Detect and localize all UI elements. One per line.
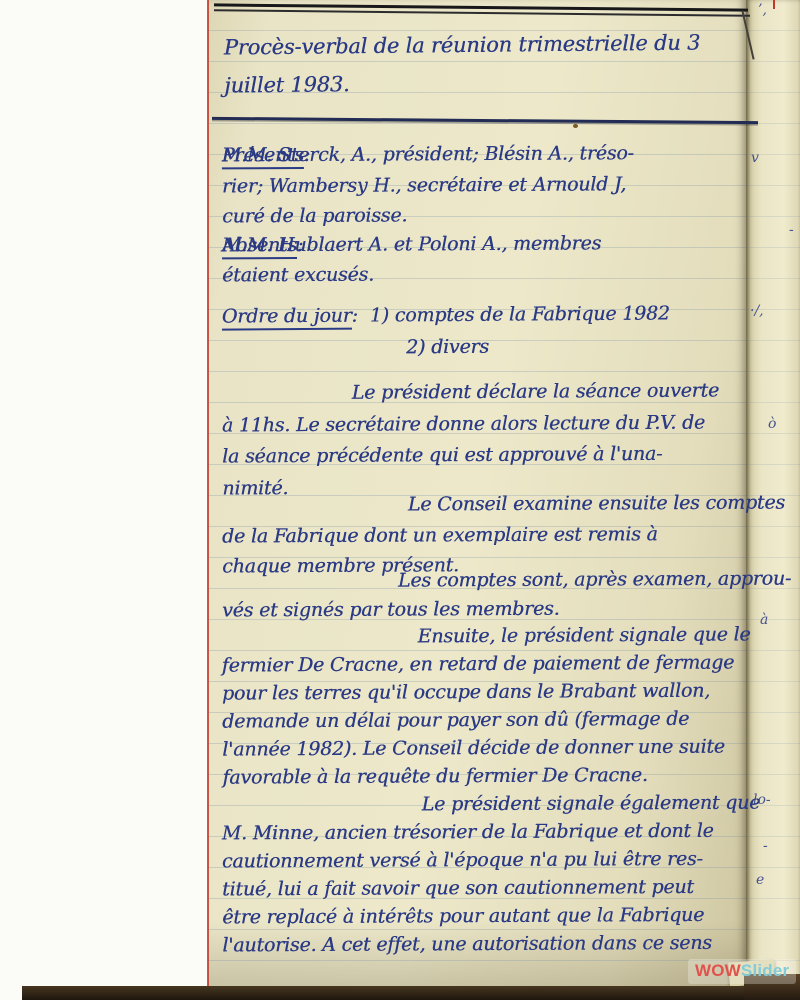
handwritten-line: à 11hs. Le secrétaire donne alors lectur… — [222, 407, 719, 442]
ink-bleed-mark: à — [760, 612, 768, 628]
agenda-label: Ordre du jour — [222, 305, 352, 331]
handwritten-line: M. Minne, ancien trésorier de la Fabriqu… — [222, 817, 761, 848]
colon: : — [297, 234, 303, 256]
minutes-paragraph-1: Le président déclare la séance ouverteà … — [222, 375, 720, 504]
handwritten-line: curé de la paroisse. — [222, 199, 746, 232]
ink-bleed-mark: v — [751, 150, 759, 166]
ink-bleed-mark: e — [756, 872, 764, 888]
handwritten-line: juillet 1983. — [224, 62, 701, 105]
minutes-paragraph-5: Le président signale également queM. Min… — [222, 789, 761, 960]
handwritten-line: l'année 1982). Le Conseil décide de donn… — [222, 732, 751, 763]
handwritten-line: de la Fabrique dont un exemplaire est re… — [222, 518, 785, 551]
handwritten-line: Ensuite, le président signale que le — [221, 620, 750, 651]
ink-bleed-mark: - — [763, 838, 768, 854]
handwritten-line: être replacé à intérêts pour autant que … — [222, 901, 761, 932]
handwritten-line: cautionnement versé à l'époque n'a pu lu… — [222, 845, 761, 876]
ink-bleed-mark: - — [789, 222, 794, 238]
book-bottom-edge — [22, 986, 800, 1000]
ink-bleed-mark: ò — [768, 416, 776, 432]
handwritten-line: Procès-verbal de la réunion trimestriell… — [224, 24, 701, 67]
document-title: Procès-verbal de la réunion trimestriell… — [224, 24, 701, 105]
agenda-section: Ordre du jour:1) comptes de la Fabrique … — [222, 297, 670, 364]
ink-bleed-mark: lo- — [753, 792, 771, 808]
wowslider-watermark-link[interactable]: WOWSlider — [688, 959, 796, 984]
handwritten-line: titué, lui a fait savoir que son caution… — [222, 873, 761, 904]
handwritten-line: rier; Wambersy H., secrétaire et Arnould… — [222, 168, 746, 201]
handwritten-line: demande un délai pour payer son dû (ferm… — [222, 704, 751, 735]
agenda-item: 2) divers — [406, 329, 670, 363]
presents-label: Présents: — [222, 140, 311, 171]
handwritten-line: Le Conseil examine ensuite les comptes — [222, 488, 785, 521]
absents-section: Absents: M.M. Hublaert A. et Poloni A., … — [222, 228, 746, 291]
handwritten-line: la séance précédente qui est approuvé à … — [222, 438, 719, 473]
margin-rule-tick — [773, 0, 775, 9]
facing-page — [22, 0, 208, 1000]
margin-rule — [207, 0, 209, 1000]
handwritten-line: l'autorise. A cet effet, une autorisatio… — [222, 929, 761, 960]
minutes-paragraph-4: Ensuite, le président signale que leferm… — [221, 620, 751, 791]
colon: : — [304, 144, 310, 166]
absents-label: Absents: — [222, 230, 303, 260]
colon: : — [352, 305, 358, 327]
ink-speck — [573, 124, 578, 128]
presents-section: Présents: M.M. Sterck, A., président; Bl… — [222, 138, 746, 232]
handwritten-line: favorable à la requête du fermier De Cra… — [222, 760, 751, 791]
handwritten-line: Le président déclare la séance ouverte — [222, 375, 719, 410]
watermark-slider-text: Slider — [741, 961, 789, 980]
ink-bleed-mark: ·/, — [750, 303, 764, 319]
agenda-line-1: Ordre du jour:1) comptes de la Fabrique … — [222, 297, 670, 332]
handwritten-line: pour les terres qu'il occupe dans le Bra… — [222, 676, 751, 707]
handwritten-line: Les comptes sont, après examen, approu- — [222, 565, 791, 597]
ink-bleed-mark: ’, — [758, 2, 767, 18]
watermark-wow-text: WOW — [695, 961, 741, 980]
scanned-notebook-photo: Procès-verbal de la réunion trimestriell… — [0, 0, 800, 1000]
minutes-paragraph-3: Les comptes sont, après examen, approu-v… — [222, 565, 792, 626]
agenda-item: 1) comptes de la Fabrique 1982 — [370, 302, 670, 326]
handwritten-line: Le président signale également que — [222, 789, 761, 820]
handwritten-line: étaient excusés. — [222, 258, 746, 291]
handwritten-line: fermier De Cracne, en retard de paiement… — [222, 648, 751, 679]
